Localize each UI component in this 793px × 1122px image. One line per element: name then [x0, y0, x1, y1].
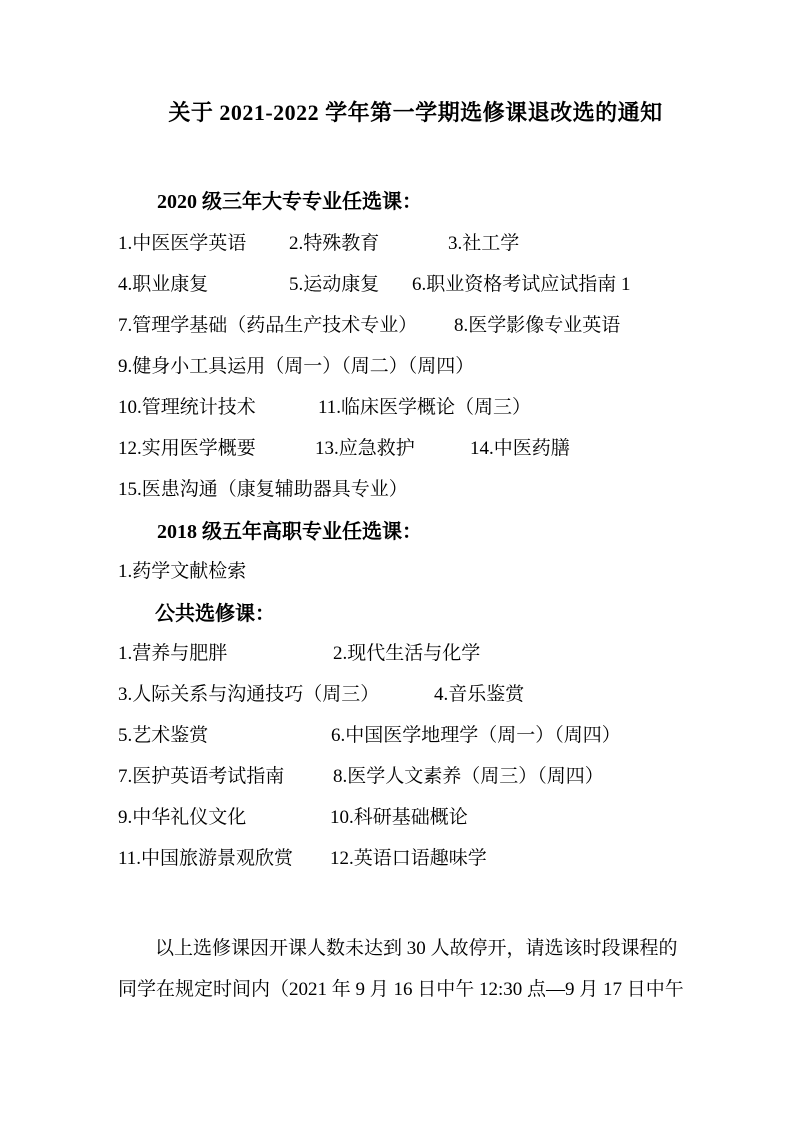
- section-3-heading: 公共选修课：: [155, 602, 275, 626]
- course-item: 12.实用医学概要: [118, 438, 256, 461]
- closing-paragraph-line: 同学在规定时间内（2021 年 9 月 16 日中午 12:30 点—9 月 1…: [118, 979, 684, 1002]
- course-item: 13.应急救护: [315, 438, 415, 461]
- notice-document: 关于 2021-2022 学年第一学期选修课退改选的通知 2020 级三年大专专…: [0, 0, 793, 1122]
- course-item: 12.英语口语趣味学: [330, 848, 487, 871]
- course-item: 5.运动康复: [289, 274, 379, 297]
- course-item: 1.中医医学英语: [118, 233, 246, 256]
- course-item: 14.中医药膳: [470, 438, 570, 461]
- course-item: 6.职业资格考试应试指南 1: [412, 274, 631, 297]
- course-item: 10.科研基础概论: [330, 807, 468, 830]
- course-item: 6.中国医学地理学（周一）（周四）: [331, 725, 621, 748]
- course-item: 10.管理统计技术: [118, 397, 256, 420]
- course-item: 8.医学影像专业英语: [454, 315, 620, 338]
- course-item: 7.管理学基础（药品生产技术专业）: [118, 315, 417, 338]
- course-item: 1.药学文献检索: [118, 561, 246, 584]
- section-2-heading: 2018 级五年高职专业任选课：: [157, 520, 422, 544]
- course-item: 3.社工学: [448, 233, 519, 256]
- course-item: 9.中华礼仪文化: [118, 807, 246, 830]
- course-item: 2.现代生活与化学: [333, 643, 480, 666]
- course-item: 9.健身小工具运用（周一）（周二）（周四）: [118, 356, 474, 379]
- course-item: 11.临床医学概论（周三）: [318, 397, 531, 420]
- course-item: 1.营养与肥胖: [118, 643, 227, 666]
- course-item: 8.医学人文素养（周三）（周四）: [333, 766, 604, 789]
- closing-paragraph-line: 以上选修课因开课人数未达到 30 人故停开，请选该时段课程的: [155, 938, 678, 961]
- course-item: 5.艺术鉴赏: [118, 725, 208, 748]
- course-item: 4.音乐鉴赏: [434, 684, 524, 707]
- course-item: 7.医护英语考试指南: [118, 766, 284, 789]
- course-item: 3.人际关系与沟通技巧（周三）: [118, 684, 379, 707]
- course-item: 11.中国旅游景观欣赏: [118, 848, 293, 871]
- course-item: 4.职业康复: [118, 274, 208, 297]
- document-title: 关于 2021-2022 学年第一学期选修课退改选的通知: [0, 100, 793, 126]
- course-item: 15.医患沟通（康复辅助器具专业）: [118, 479, 408, 502]
- section-1-heading: 2020 级三年大专专业任选课：: [157, 190, 422, 214]
- course-item: 2.特殊教育: [289, 233, 379, 256]
